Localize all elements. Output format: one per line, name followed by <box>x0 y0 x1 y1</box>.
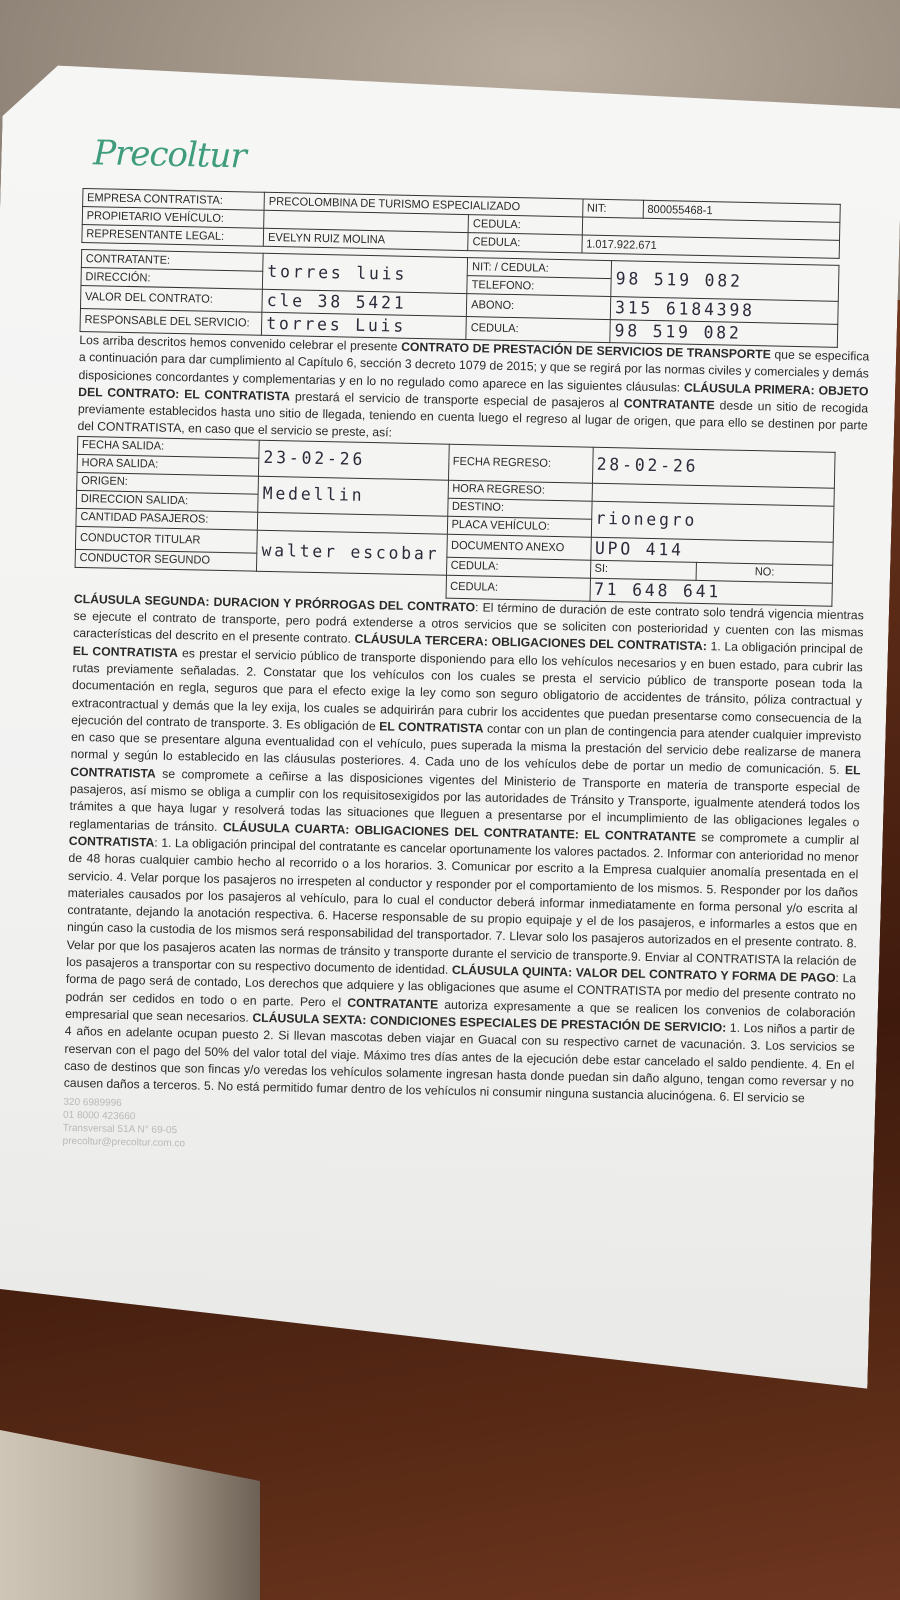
clause-text-7: : 1. La obligación principal del contrat… <box>66 836 859 977</box>
clause-text-6: se compromete a cumplir al <box>696 830 859 847</box>
conductor-titular-value: walter escobar <box>257 530 447 575</box>
intro-bold-3: CONTRATANTE <box>624 396 715 412</box>
nit-cedula-value: 98 519 082 <box>611 261 839 302</box>
cedula2-label: CEDULA: <box>468 233 582 253</box>
clause-text-2: 1. La obligación principal de <box>707 640 863 657</box>
clause-text-5: se compromete a ceñirse a las disposicio… <box>69 766 860 833</box>
si-label: SI: <box>590 560 697 580</box>
origen-value: Medellin <box>258 476 448 516</box>
logo-text: Precoltur <box>93 133 246 176</box>
cedula2-label: CEDULA: <box>446 575 590 601</box>
responsable-label: RESPONSABLE DEL SERVICIO: <box>80 308 262 335</box>
clause-bold-7: CONTRATISTA <box>69 834 155 850</box>
cedula-label: CEDULA: <box>466 317 610 343</box>
trip-table: FECHA SALIDA: 23-02-26 FECHA REGRESO: 28… <box>74 436 835 607</box>
clause-text-10: 1. Los niños a partir de 4 años en adela… <box>64 1021 856 1106</box>
clause-bold-9: CONTRATANTE <box>347 995 438 1011</box>
abono-label: ABONO: <box>467 294 611 320</box>
clauses-paragraph: CLÁUSULA SEGUNDA: DURACION Y PRÓRROGAS D… <box>64 591 864 1109</box>
contract-document: Precoltur EMPRESA CONTRATISTA: PRECOLOMB… <box>62 118 873 1165</box>
responsable-value: torres Luis <box>262 312 467 339</box>
representante-value: EVELYN RUIZ MOLINA <box>264 228 469 250</box>
fecha-salida-value: 23-02-26 <box>259 440 449 480</box>
representante-label: REPRESENTANTE LEGAL: <box>82 224 264 246</box>
cedula1-label: CEDULA: <box>468 215 582 235</box>
client-table: CONTRATANTE: torres luis NIT: / CEDULA: … <box>80 249 840 348</box>
cedula1-value: 71 648 641 <box>590 578 833 606</box>
documento-anexo-label: DOCUMENTO ANEXO <box>447 534 591 560</box>
fecha-regreso-value: 28-02-26 <box>592 447 835 488</box>
fecha-regreso-label: FECHA REGRESO: <box>448 444 593 483</box>
clausula-segunda-heading <box>75 567 257 594</box>
clause-bold-4: EL CONTRATISTA <box>379 719 484 735</box>
nit-label: NIT: <box>582 199 643 218</box>
empty-cell <box>256 571 446 598</box>
contratante-value: torres luis <box>263 253 468 293</box>
intro-paragraph: Los arriba descritos hemos convenido cel… <box>77 332 869 452</box>
cedula-value: 98 519 082 <box>610 320 838 348</box>
clause-bold-3: EL CONTRATISTA <box>73 644 178 660</box>
destino-value: rionegro <box>591 501 834 542</box>
